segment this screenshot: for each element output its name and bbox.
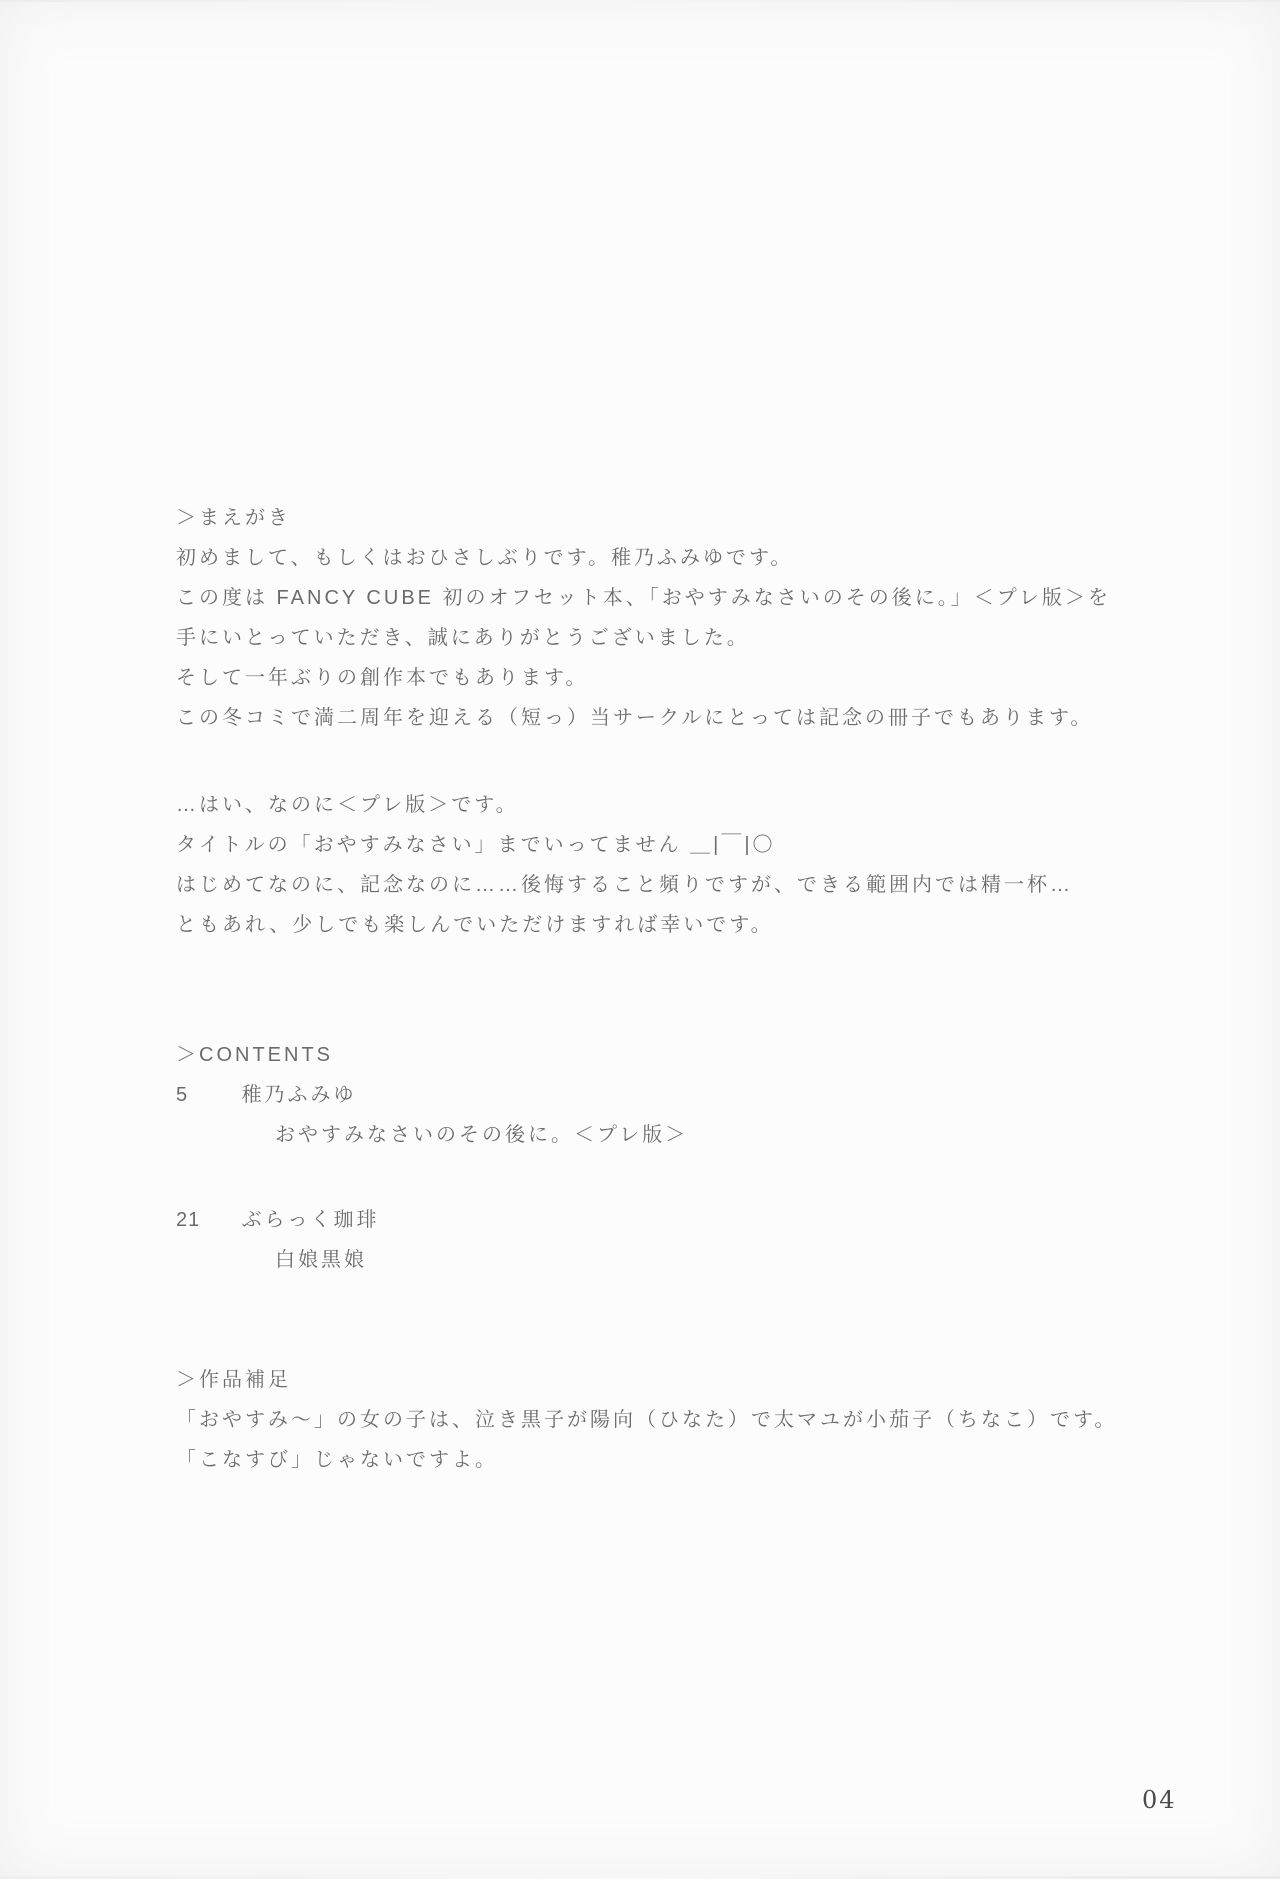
preface-paragraph-2: …はい、なのに＜プレ版＞です。 タイトルの「おやすみなさい」までいってません ＿… xyxy=(176,785,1073,945)
toc-author: 稚乃ふみゆ xyxy=(242,1084,357,1106)
toc-page-number: 21 xyxy=(176,1200,233,1240)
toc-entry: 5 稚乃ふみゆ おやすみなさいのその後に。＜プレ版＞ xyxy=(176,1075,688,1155)
notes-line: 「こなすび」じゃないですよ。 xyxy=(176,1440,1117,1480)
toc-entry-row: 21 ぶらっく珈琲 xyxy=(176,1200,380,1240)
notes-header: ＞作品補足 xyxy=(176,1360,291,1400)
page-number: 04 xyxy=(1142,1786,1177,1814)
preface-line: この冬コミで満二周年を迎える（短っ）当サークルにとっては記念の冊子でもあります。 xyxy=(176,698,1111,738)
notes-line: 「おやすみ～」の女の子は、泣き黒子が陽向（ひなた）で太マユが小茄子（ちなこ）です… xyxy=(176,1400,1117,1440)
toc-entry-row: 5 稚乃ふみゆ xyxy=(176,1075,688,1115)
scanned-book-page: ＞まえがき 初めまして、もしくはおひさしぶりです。稚乃ふみゆです。 この度は F… xyxy=(0,0,1280,1879)
preface-header: ＞まえがき xyxy=(176,498,291,538)
preface-line: 初めまして、もしくはおひさしぶりです。稚乃ふみゆです。 xyxy=(176,538,1111,578)
preface-line: そして一年ぶりの創作本でもあります。 xyxy=(176,658,1111,698)
preface-line: はじめてなのに、記念なのに……後悔すること頻りですが、できる範囲内では精一杯… xyxy=(176,865,1073,905)
notes-paragraph: 「おやすみ～」の女の子は、泣き黒子が陽向（ひなた）で太マユが小茄子（ちなこ）です… xyxy=(176,1400,1117,1480)
preface-paragraph-1: 初めまして、もしくはおひさしぶりです。稚乃ふみゆです。 この度は FANCY C… xyxy=(176,538,1111,738)
contents-header: ＞CONTENTS xyxy=(176,1035,333,1075)
preface-line: 手にいとっていただき、誠にありがとうございました。 xyxy=(176,618,1111,658)
toc-author: ぶらっく珈琲 xyxy=(242,1209,380,1231)
toc-title: おやすみなさいのその後に。＜プレ版＞ xyxy=(176,1115,688,1155)
preface-line: ともあれ、少しでも楽しんでいただけますれば幸いです。 xyxy=(176,905,1073,945)
toc-entry: 21 ぶらっく珈琲 白娘黒娘 xyxy=(176,1200,380,1280)
preface-line: …はい、なのに＜プレ版＞です。 xyxy=(176,785,1073,825)
toc-page-number: 5 xyxy=(176,1075,233,1115)
preface-line: この度は FANCY CUBE 初のオフセット本、「おやすみなさいのその後に。」… xyxy=(176,578,1111,618)
preface-line: タイトルの「おやすみなさい」までいってません ＿|￣|〇 xyxy=(176,825,1073,865)
toc-title: 白娘黒娘 xyxy=(176,1240,380,1280)
